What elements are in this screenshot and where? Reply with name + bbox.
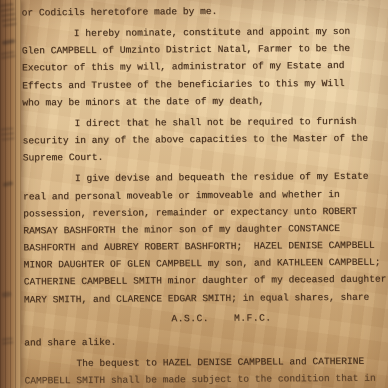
spine-mark xyxy=(1,51,16,60)
will-line: I give devise and bequeath the residue o… xyxy=(23,168,384,188)
spine-mark xyxy=(0,127,14,140)
will-line: security in any of the above capacities … xyxy=(22,130,383,150)
spine-mark xyxy=(2,337,14,346)
will-line: MARY SMITH, and CLARENCE EDGAR SMITH; in… xyxy=(24,288,385,308)
will-line: CAMPBELL SMITH shall be made subject to … xyxy=(24,370,385,388)
spine-mark xyxy=(2,291,12,297)
initials-line: A.S.C. M.F.C. xyxy=(24,308,385,328)
spine-mark xyxy=(0,3,16,27)
spine-mark xyxy=(2,39,15,45)
spine-mark xyxy=(3,181,14,187)
will-line: Effects and Trustee of the beneficiaries… xyxy=(22,74,383,94)
will-line: and share alike. xyxy=(24,331,385,351)
scanned-will-page: former Wills or Codicils heretofore made… xyxy=(0,0,388,388)
will-line: Supreme Court. xyxy=(23,147,384,167)
will-line: or Codicils heretofore made by me. xyxy=(21,2,382,22)
will-line: who may be minors at the date of my deat… xyxy=(22,91,383,111)
will-text-block: or Codicils heretofore made by me. I her… xyxy=(21,2,385,388)
will-line: CATHERINE CAMPBELL SMITH minor daughter … xyxy=(24,271,385,291)
book-spine xyxy=(0,0,21,388)
